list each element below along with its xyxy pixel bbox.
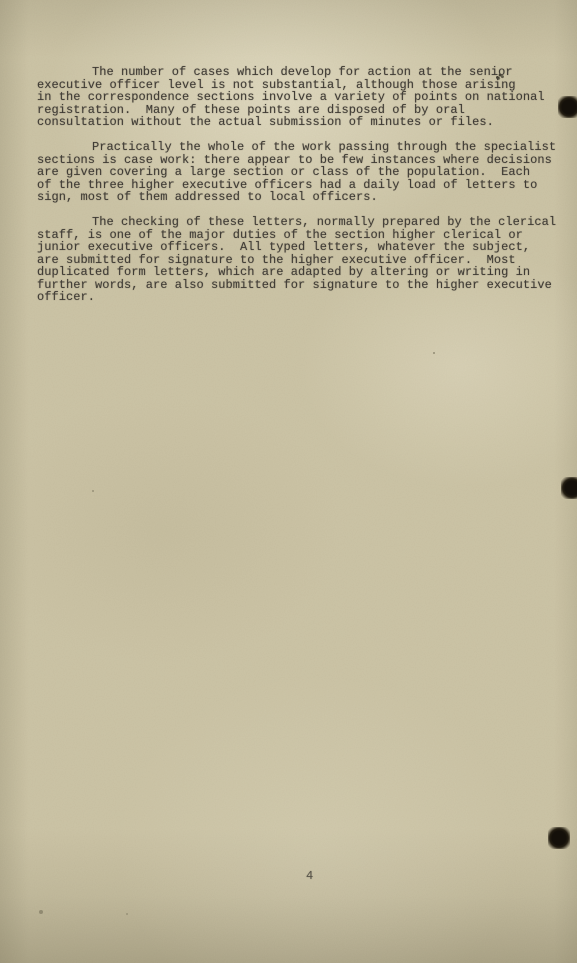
paragraph: Practically the whole of the work passin… bbox=[37, 141, 549, 204]
text-line: further words, are also submitted for si… bbox=[37, 279, 549, 292]
paragraph: The checking of these letters, normally … bbox=[37, 216, 549, 304]
text-line: sign, most of them addressed to local of… bbox=[37, 191, 549, 204]
document-text: The number of cases which develop for ac… bbox=[37, 66, 549, 316]
paper-specks bbox=[433, 352, 435, 354]
page-number: 4 bbox=[306, 869, 313, 883]
text-line: Practically the whole of the work passin… bbox=[37, 141, 549, 154]
text-line: duplicated form letters, which are adapt… bbox=[37, 266, 549, 279]
text-line: in the correspondence sections involve a… bbox=[37, 91, 549, 104]
text-line: The number of cases which develop for ac… bbox=[37, 66, 549, 79]
text-line: officer. bbox=[37, 291, 549, 304]
hole-punch-mark bbox=[561, 477, 577, 499]
paragraph: The number of cases which develop for ac… bbox=[37, 66, 549, 129]
hole-punch-mark bbox=[548, 827, 570, 849]
text-line: are given covering a large section or cl… bbox=[37, 166, 549, 179]
text-line: junior executive officers. All typed let… bbox=[37, 241, 549, 254]
hole-punch-mark bbox=[558, 96, 577, 118]
text-line: The checking of these letters, normally … bbox=[37, 216, 549, 229]
text-line: consultation without the actual submissi… bbox=[37, 116, 549, 129]
scanned-page: The number of cases which develop for ac… bbox=[0, 0, 577, 963]
